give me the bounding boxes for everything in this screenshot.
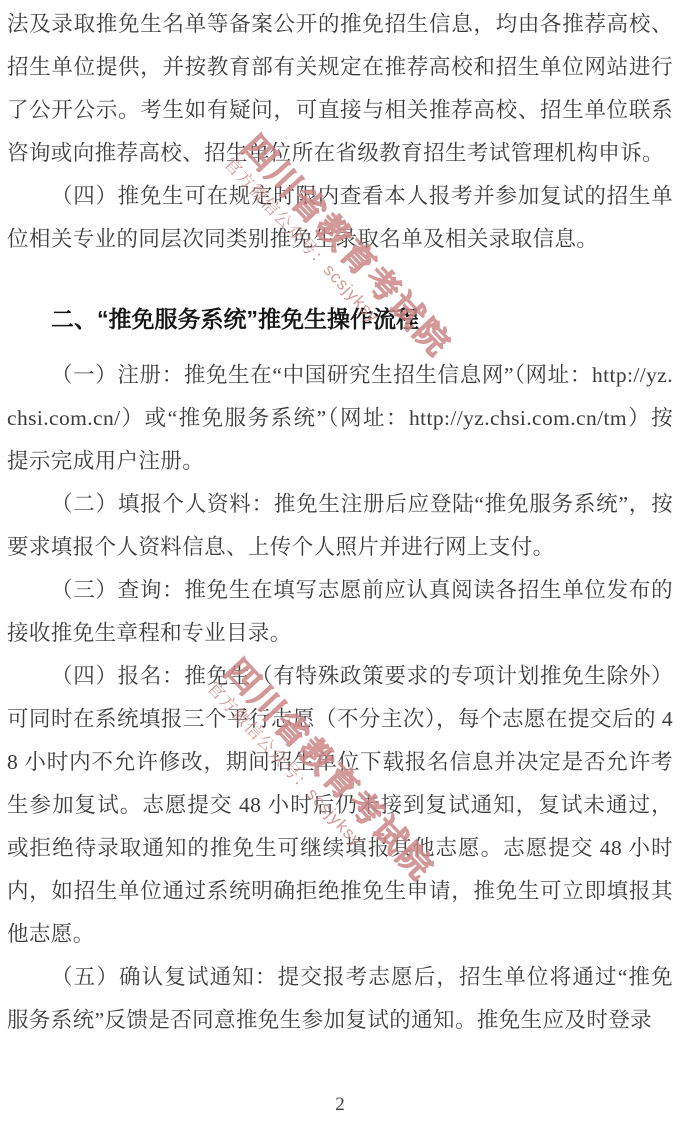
paragraph-step-4-apply: （四）报名：推免生（有特殊政策要求的专项计划推免生除外）可同时在系统填报三个平行… (7, 655, 673, 956)
page-number: 2 (0, 1094, 680, 1116)
document-body: 法及录取推免生名单等备案公开的推免招生信息，均由各推荐高校、招生单位提供，并按教… (0, 0, 680, 1042)
paragraph-step-1-register: （一）注册：推免生在“中国研究生招生信息网”（网址：http://yz.chsi… (7, 354, 673, 483)
paragraph-step-2-fill-personal-info: （二）填报个人资料：推免生注册后应登陆“推免服务系统”，按要求填报个人资料信息、… (7, 483, 673, 569)
paragraph-step-5-confirm-retest-notice: （五）确认复试通知：提交报考志愿后，招生单位将通过“推免服务系统”反馈是否同意推… (7, 956, 673, 1042)
document-page: 四川省教育考试院 官方微信公众号：scsjyksy 四川省教育考试院 官方微信公… (0, 0, 680, 1122)
paragraph-continuation: 法及录取推免生名单等备案公开的推免招生信息，均由各推荐高校、招生单位提供，并按教… (7, 3, 673, 175)
paragraph-step-3-query: （三）查询：推免生在填写志愿前应认真阅读各招生单位发布的接收推免生章程和专业目录… (7, 569, 673, 655)
paragraph-item-4-view-admission-list: （四）推免生可在规定时限内查看本人报考并参加复试的招生单位相关专业的同层次同类别… (7, 175, 673, 261)
section-heading-operation-process: 二、“推免服务系统”推免生操作流程 (7, 304, 673, 334)
